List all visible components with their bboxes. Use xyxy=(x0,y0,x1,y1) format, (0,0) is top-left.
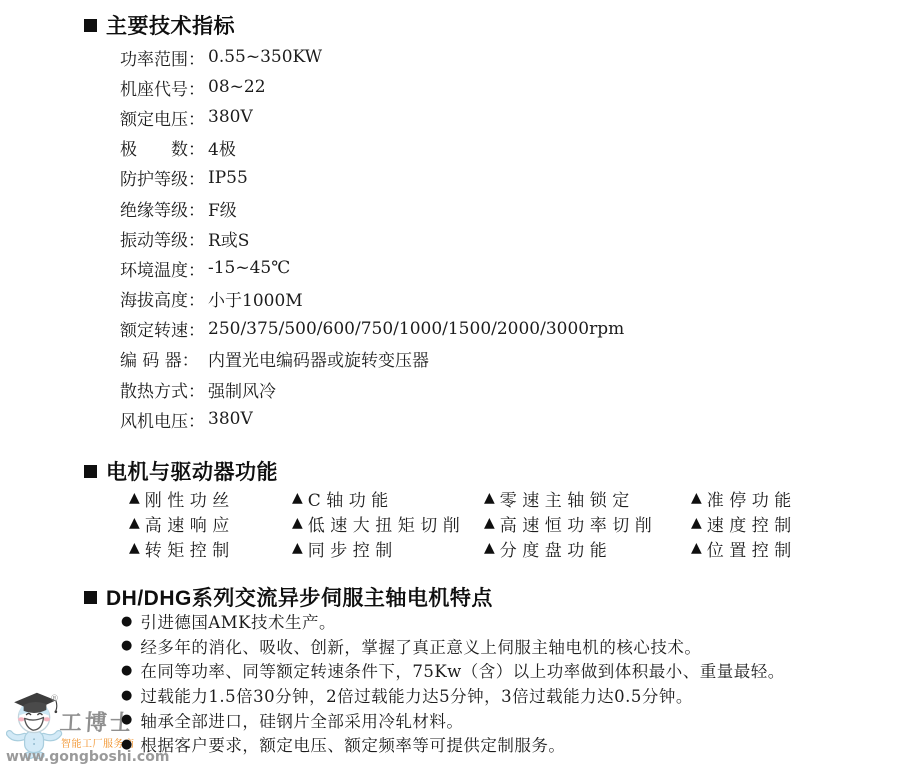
feature-item: ●根据客户要求，额定电压、额定频率等可提供定制服务。 xyxy=(121,732,785,757)
spec-label: 额定电压： xyxy=(120,105,208,130)
bullet-icon: ● xyxy=(121,614,132,629)
section-title: DH/DHG系列交流异步伺服主轴电机特点 xyxy=(106,582,493,612)
feature-item: ●经多年的消化、吸收、创新，掌握了真正意义上伺服主轴电机的核心技术。 xyxy=(121,634,785,659)
spec-value: 250/375/500/600/750/1000/1500/2000/3000r… xyxy=(208,319,624,339)
triangle-icon: ▲ xyxy=(129,490,140,506)
spec-label: 功率范围： xyxy=(120,45,208,70)
function-item: ▲转矩控制 xyxy=(129,536,292,561)
spec-value: 380V xyxy=(208,409,253,429)
triangle-icon: ▲ xyxy=(691,540,702,556)
triangle-icon: ▲ xyxy=(129,540,140,556)
triangle-icon: ▲ xyxy=(691,515,702,531)
triangle-icon: ▲ xyxy=(292,515,303,531)
spec-row: 散热方式：强制风冷 xyxy=(120,374,624,404)
spec-value: -15~45℃ xyxy=(208,258,290,278)
function-item: ▲零速主轴锁定 xyxy=(484,486,691,511)
triangle-icon: ▲ xyxy=(484,490,495,506)
spec-value: 内置光电编码器或旋转变压器 xyxy=(208,346,429,371)
document-page: ® 工博士 智能工厂服务商 www.gongboshi.com 主要技术指标 功… xyxy=(0,0,900,773)
spec-row: 风机电压：380V xyxy=(120,404,624,434)
function-item: ▲准停功能 xyxy=(691,486,891,511)
function-item: ▲高速恒功率切削 xyxy=(484,511,691,536)
section-header-functions: 电机与驱动器功能 xyxy=(84,456,278,486)
bullet-icon: ● xyxy=(121,638,132,653)
spec-label: 额定转速： xyxy=(120,316,208,341)
function-item: ▲刚性功丝 xyxy=(129,486,292,511)
spec-row: 环境温度：-15~45℃ xyxy=(120,253,624,283)
spec-row: 机座代号：08~22 xyxy=(120,72,624,102)
spec-label: 散热方式： xyxy=(120,377,208,402)
functions-grid: ▲刚性功丝 ▲C轴功能 ▲零速主轴锁定 ▲准停功能 ▲高速响应 ▲低速大扭矩切削… xyxy=(129,486,891,560)
triangle-icon: ▲ xyxy=(484,515,495,531)
section-title: 主要技术指标 xyxy=(106,10,235,40)
triangle-icon: ▲ xyxy=(292,490,303,506)
feature-item: ●过载能力1.5倍30分钟，2倍过载能力达5分钟，3倍过载能力达0.5分钟。 xyxy=(121,683,785,708)
spec-label: 振动等级： xyxy=(120,226,208,251)
feature-item: ●引进德国AMK技术生产。 xyxy=(121,609,785,634)
spec-row: 海拔高度：小于1000M xyxy=(120,284,624,314)
spec-value: F级 xyxy=(208,196,237,221)
spec-value: IP55 xyxy=(208,168,248,188)
spec-row: 额定电压：380V xyxy=(120,102,624,132)
function-item: ▲位置控制 xyxy=(691,536,891,561)
spec-row: 功率范围：0.55~350KW xyxy=(120,42,624,72)
document-content: 主要技术指标 功率范围：0.55~350KW 机座代号：08~22 额定电压：3… xyxy=(0,0,900,773)
function-item: ▲分度盘功能 xyxy=(484,536,691,561)
bullet-icon: ● xyxy=(121,663,132,678)
section-marker-icon xyxy=(84,465,97,478)
spec-value: 08~22 xyxy=(208,77,266,97)
triangle-icon: ▲ xyxy=(292,540,303,556)
feature-item: ●在同等功率、同等额定转速条件下，75Kw（含）以上功率做到体积最小、重量最轻。 xyxy=(121,658,785,683)
function-item: ▲低速大扭矩切削 xyxy=(292,511,484,536)
spec-label: 防护等级： xyxy=(120,165,208,190)
spec-row: 绝缘等级：F级 xyxy=(120,193,624,223)
spec-value: 4极 xyxy=(208,135,236,160)
spec-row: 额定转速：250/375/500/600/750/1000/1500/2000/… xyxy=(120,314,624,344)
spec-label: 海拔高度： xyxy=(120,286,208,311)
spec-label: 风机电压： xyxy=(120,407,208,432)
spec-value: 小于1000M xyxy=(208,286,303,311)
spec-value: R或S xyxy=(208,226,249,251)
function-item: ▲C轴功能 xyxy=(292,486,484,511)
function-item: ▲同步控制 xyxy=(292,536,484,561)
features-list: ●引进德国AMK技术生产。 ●经多年的消化、吸收、创新，掌握了真正意义上伺服主轴… xyxy=(121,609,785,757)
spec-row: 防护等级：IP55 xyxy=(120,163,624,193)
spec-value: 强制风冷 xyxy=(208,377,276,402)
function-item: ▲速度控制 xyxy=(691,511,891,536)
spec-label: 绝缘等级： xyxy=(120,196,208,221)
spec-row: 编 码 器：内置光电编码器或旋转变压器 xyxy=(120,344,624,374)
triangle-icon: ▲ xyxy=(484,540,495,556)
spec-row: 振动等级：R或S xyxy=(120,223,624,253)
spec-label: 编 码 器： xyxy=(120,346,208,371)
triangle-icon: ▲ xyxy=(691,490,702,506)
spec-list: 功率范围：0.55~350KW 机座代号：08~22 额定电压：380V 极 数… xyxy=(120,42,624,434)
spec-label: 极 数： xyxy=(120,135,208,160)
triangle-icon: ▲ xyxy=(129,515,140,531)
section-marker-icon xyxy=(84,591,97,604)
spec-row: 极 数：4极 xyxy=(120,133,624,163)
spec-label: 环境温度： xyxy=(120,256,208,281)
bullet-icon: ● xyxy=(121,737,132,752)
section-title: 电机与驱动器功能 xyxy=(106,456,278,486)
function-item: ▲高速响应 xyxy=(129,511,292,536)
section-marker-icon xyxy=(84,19,97,32)
spec-value: 0.55~350KW xyxy=(208,47,322,67)
spec-value: 380V xyxy=(208,107,253,127)
section-header-specs: 主要技术指标 xyxy=(84,10,235,40)
feature-item: ●轴承全部进口，硅钢片全部采用冷轧材料。 xyxy=(121,707,785,732)
spec-label: 机座代号： xyxy=(120,75,208,100)
section-header-features: DH/DHG系列交流异步伺服主轴电机特点 xyxy=(84,582,493,612)
bullet-icon: ● xyxy=(121,712,132,727)
bullet-icon: ● xyxy=(121,688,132,703)
